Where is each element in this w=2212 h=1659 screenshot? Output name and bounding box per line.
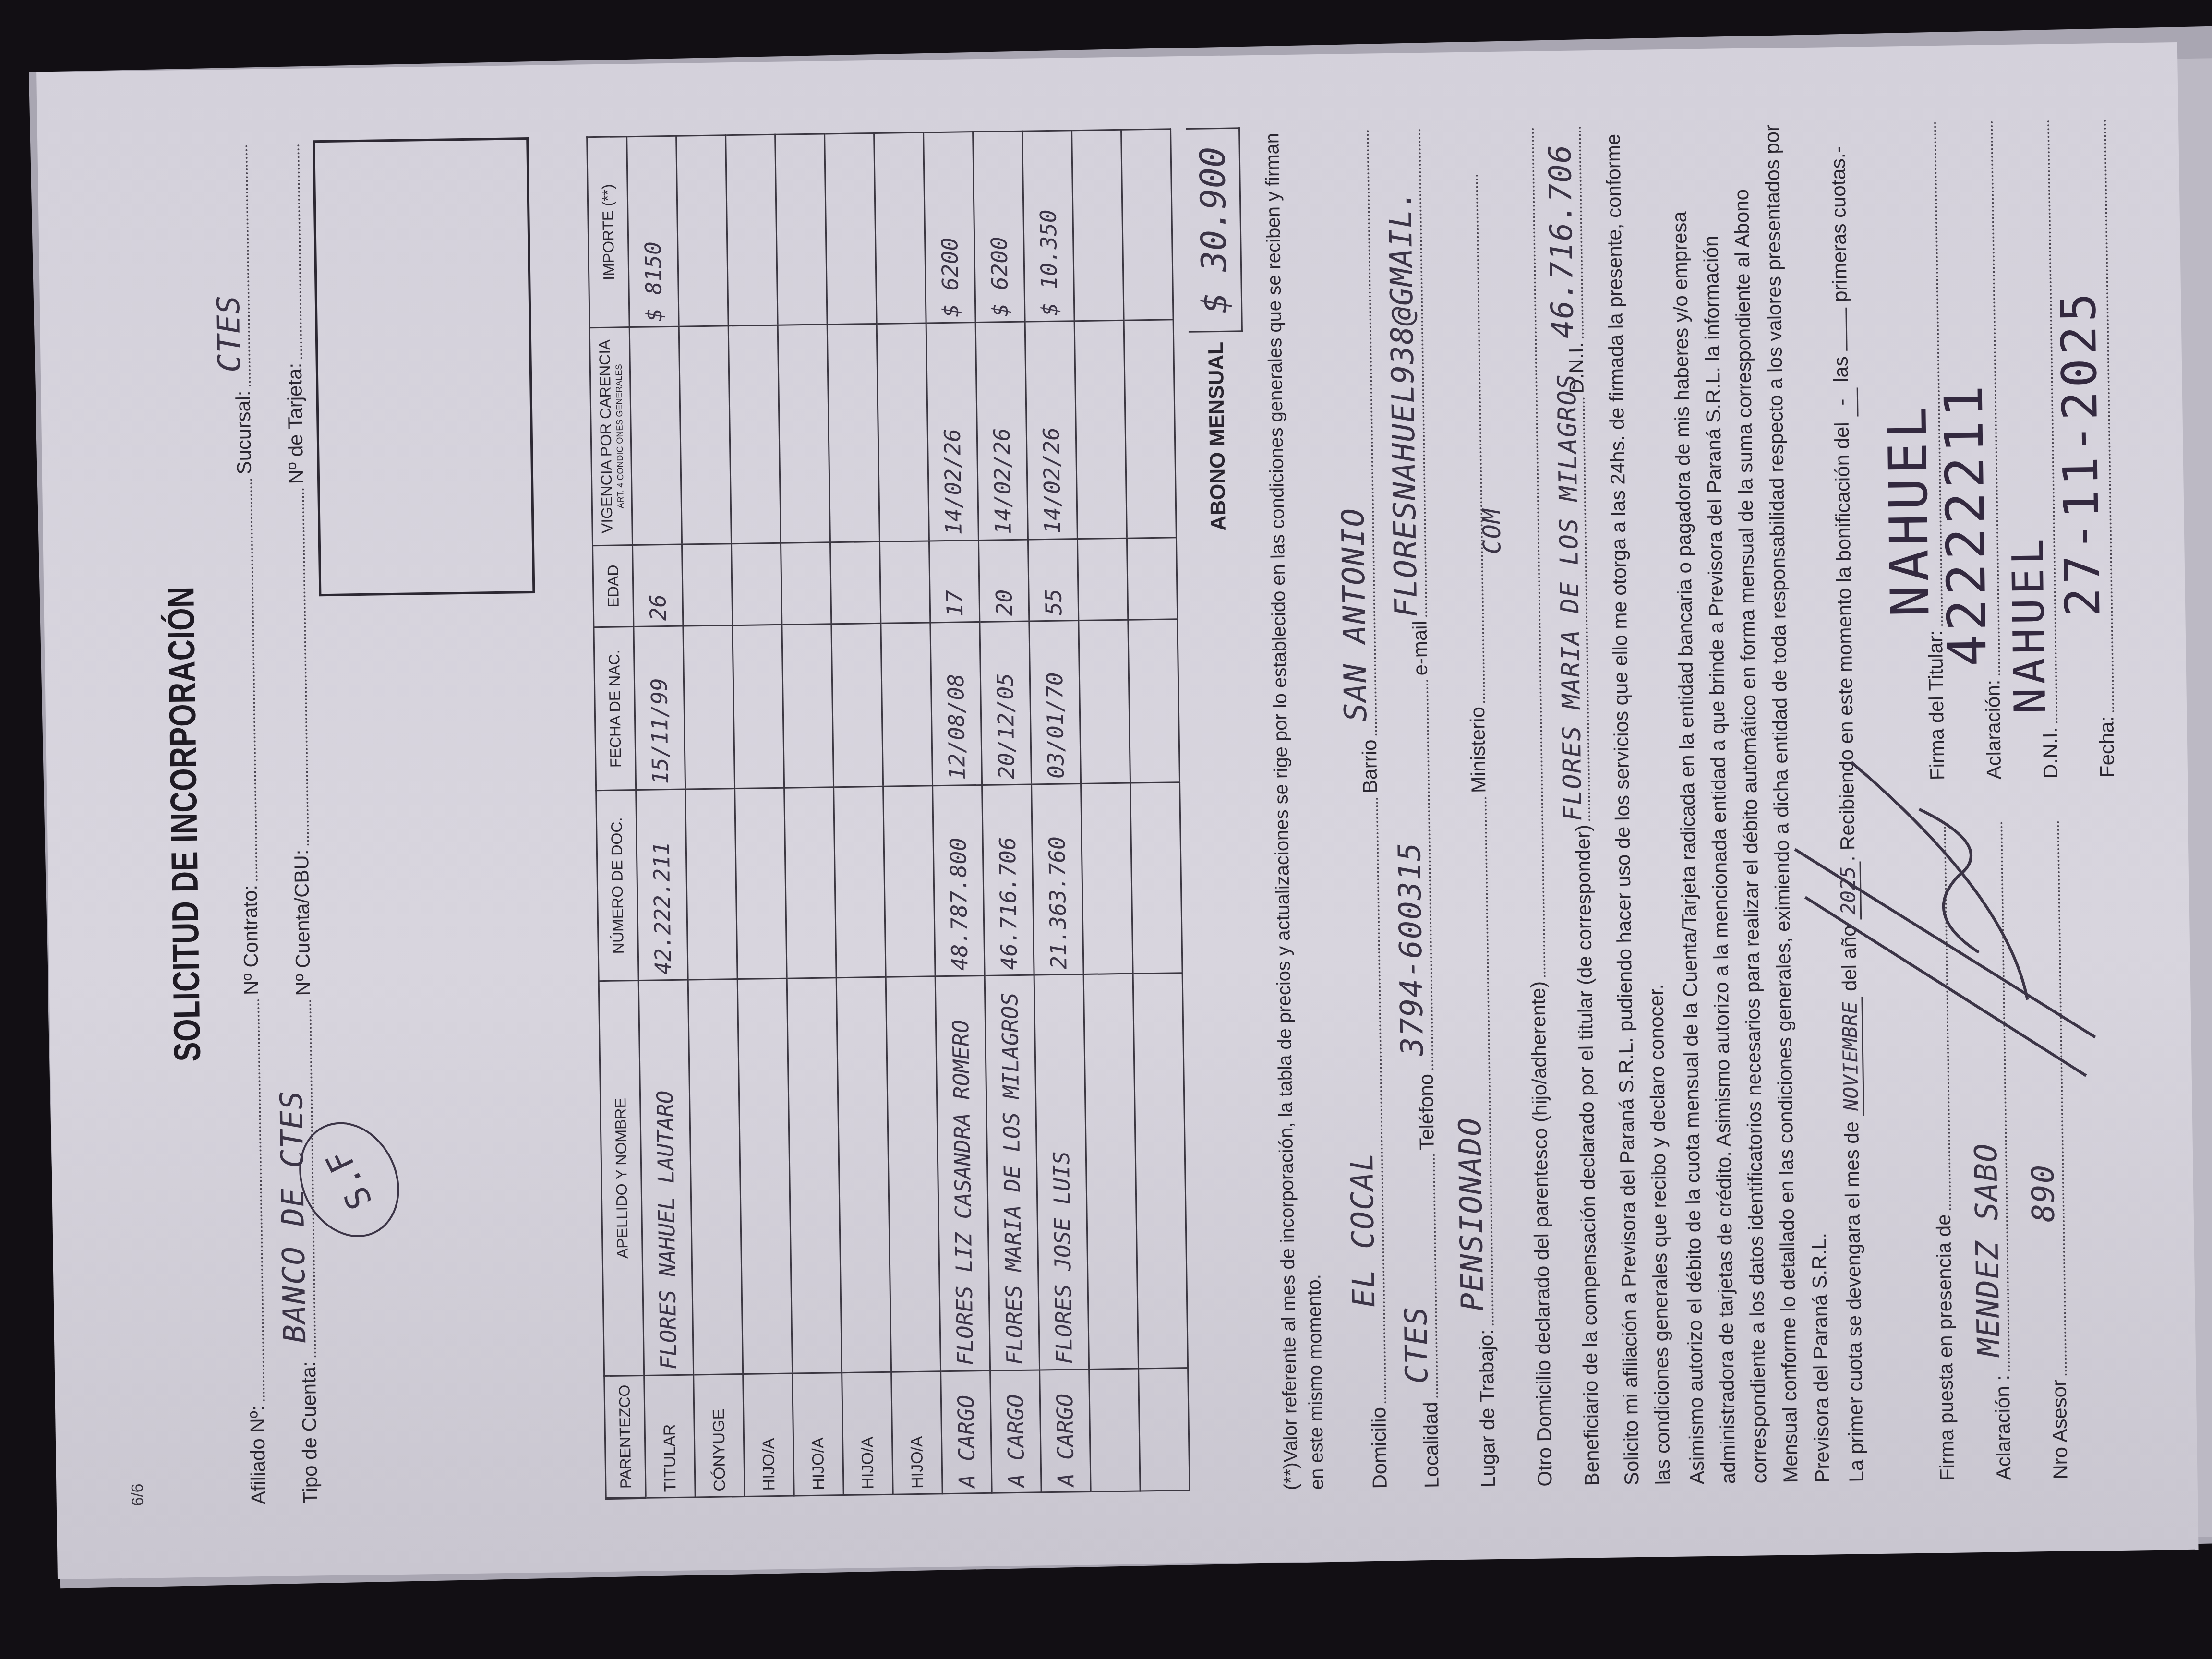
aclaracion-asesor-field[interactable]: MENDEZ SABO xyxy=(1996,821,2010,1371)
vigencia-cell[interactable] xyxy=(629,326,682,545)
edad-cell[interactable]: 20 xyxy=(978,540,1029,622)
fecha-nac-cell[interactable] xyxy=(683,625,735,790)
importe-cell[interactable] xyxy=(775,134,828,325)
importe-cell[interactable]: $ 6200 xyxy=(973,131,1025,322)
nombre-cell[interactable] xyxy=(1083,974,1138,1369)
aclaracion-titular-row: Aclaración: 42222211 xyxy=(1973,117,2006,780)
paragraph-debito: Asimismo autorizo el débito de la cuota … xyxy=(1662,119,1838,1484)
parentesco-cell: HIJO/A xyxy=(891,1371,943,1495)
aclaracion-asesor-row: Aclaración : MENDEZ SABO xyxy=(1983,817,2015,1480)
abono-mensual: ABONO MENSUAL $ 30.900 xyxy=(1186,127,1259,1491)
form-sheet-rotated: 6/6 SOLICITUD DE INCORPORACIÓN Afiliado … xyxy=(36,42,2198,1579)
domicilio-value: EL COCAL xyxy=(1345,1152,1382,1308)
importe-cell[interactable] xyxy=(1121,129,1174,320)
col-importe: IMPORTE (**) xyxy=(587,137,630,328)
parentesco-cell xyxy=(1089,1369,1141,1492)
parentesco-cell: TITULAR xyxy=(644,1375,696,1498)
edad-cell[interactable] xyxy=(1077,538,1128,621)
domicilio-label: Domicilio xyxy=(1367,1407,1391,1489)
edad-cell[interactable]: 55 xyxy=(1028,539,1078,621)
vigencia-cell[interactable] xyxy=(679,326,731,544)
nro-asesor-label: Nro Asesor xyxy=(2047,1380,2072,1479)
afiliado-contrato-sucursal-row: Afiliado Nº: Nº Contrato: Sucursal: CTES xyxy=(228,141,270,1504)
nombre-cell[interactable] xyxy=(1133,973,1188,1369)
barrio-value: SAN ANTONIO xyxy=(1335,507,1374,722)
fecha-field[interactable]: 27-11-2025 xyxy=(2099,119,2114,712)
edad-cell[interactable] xyxy=(1127,538,1177,620)
col-vigencia: VIGENCIA POR CARENCIAART. 4 CONDICIONES … xyxy=(589,327,632,546)
lugar-trabajo-label: Lugar de Trabajo: xyxy=(1475,1329,1500,1488)
doc-cell[interactable] xyxy=(1130,782,1183,974)
vigencia-cell[interactable] xyxy=(778,325,830,543)
beneficiario-dni-value: 46.716.706 xyxy=(1543,144,1581,338)
localidad-field[interactable]: CTES xyxy=(1428,1154,1438,1398)
fecha-row: Fecha: 27-11-2025 xyxy=(2087,115,2119,778)
aclaracion-asesor-value: MENDEZ SABO xyxy=(1968,1142,2007,1357)
importe-cell[interactable]: $ 6200 xyxy=(924,132,976,323)
importe-cell[interactable] xyxy=(825,133,877,324)
nro-asesor-field[interactable]: 890 xyxy=(2052,821,2067,1376)
localidad-label: Localidad xyxy=(1419,1402,1443,1488)
doc-cell[interactable]: 46.716.706 xyxy=(982,784,1034,975)
aclaracion-titular-value: 42222211 xyxy=(1933,381,1998,667)
col-edad: EDAD xyxy=(593,545,634,627)
fecha-label: Fecha: xyxy=(2095,716,2119,778)
nombre-cell[interactable]: FLORES MARIA DE LOS MILAGROS xyxy=(985,975,1039,1370)
edad-cell[interactable] xyxy=(732,543,782,625)
email-extra: COM xyxy=(1478,508,1506,554)
afiliado-label: Afiliado Nº: xyxy=(246,1405,270,1504)
primer-cuota-anio[interactable]: 2025 xyxy=(1836,861,1862,920)
parentesco-cell: CÓNYUGE xyxy=(694,1374,745,1497)
fecha-nac-cell[interactable] xyxy=(881,623,933,787)
parentesco-cell: HIJO/A xyxy=(793,1372,844,1496)
cuenta-cbu-field[interactable] xyxy=(297,488,309,845)
beneficiario-label: Beneficiario de la compensación declarad… xyxy=(1571,825,1603,1486)
members-table: PARENTEZCO APELLIDO Y NOMBRE NÚMERO DE D… xyxy=(586,128,1190,1500)
cuotas-field[interactable] xyxy=(1845,307,1847,350)
parentesco-cell: A CARGO xyxy=(990,1370,1042,1493)
fecha-nac-cell[interactable] xyxy=(733,625,784,789)
fecha-nac-cell[interactable]: 03/01/70 xyxy=(1029,621,1081,785)
otro-domicilio-label: Otro Domicilio declarado del parentesco … xyxy=(1527,981,1557,1487)
doc-cell[interactable] xyxy=(834,787,886,978)
page-number: 6/6 xyxy=(128,1483,147,1506)
firma-presencia-field[interactable] xyxy=(1939,822,1951,1210)
nombre-cell[interactable] xyxy=(688,979,743,1375)
importe-cell[interactable] xyxy=(726,134,778,325)
afiliado-field[interactable] xyxy=(252,999,265,1402)
firma-presencia-row: Firma puesta en presencia de xyxy=(1926,818,1959,1481)
vigencia-cell[interactable] xyxy=(877,323,929,541)
col-fecha-nac: FECHA DE NAC. xyxy=(594,627,636,791)
vigencia-cell[interactable]: 14/02/26 xyxy=(1025,321,1077,540)
localidad-value: CTES xyxy=(1398,1306,1435,1384)
lugar-trabajo-row: Lugar de Trabajo: PENSIONADO Ministerio … xyxy=(1453,124,1500,1488)
importe-cell[interactable] xyxy=(874,132,926,324)
edad-cell[interactable] xyxy=(781,542,831,625)
beneficiario-field[interactable]: FLORES MARIA DE LOS MILAGROS xyxy=(1578,397,1590,821)
dni-titular-value: NAHUEL xyxy=(2003,534,2056,714)
ministerio-label: Ministerio xyxy=(1466,707,1491,793)
bonificacion-field[interactable]: - xyxy=(1825,387,1858,417)
edad-cell[interactable] xyxy=(830,541,880,624)
telefono-label: Teléfono xyxy=(1415,1074,1439,1150)
doc-cell[interactable] xyxy=(685,789,738,980)
fecha-nac-cell[interactable]: 15/11/99 xyxy=(634,626,685,790)
nombre-cell[interactable]: FLORES LIZ CASANDRA ROMERO xyxy=(935,976,990,1371)
vigencia-cell[interactable] xyxy=(827,324,879,542)
nombre-cell[interactable]: FLORES NAHUEL LAUTARO xyxy=(638,980,693,1375)
edad-cell[interactable] xyxy=(879,541,930,624)
doc-cell[interactable]: 42.222.211 xyxy=(636,789,688,980)
vigencia-cell[interactable] xyxy=(1074,320,1127,539)
importe-cell[interactable] xyxy=(676,135,729,326)
doc-cell[interactable] xyxy=(784,787,837,978)
doc-cell[interactable] xyxy=(1081,783,1133,974)
barrio-label: Barrio xyxy=(1358,739,1382,793)
aclaracion-titular-field[interactable]: 42222211 xyxy=(1986,120,2000,675)
sucursal-label: Sucursal: xyxy=(231,390,255,475)
edad-cell[interactable]: 26 xyxy=(633,544,683,627)
fecha-nac-cell[interactable] xyxy=(831,623,883,787)
signature-area: Firma puesta en presencia de Aclaración … xyxy=(1883,115,2129,1481)
contrato-label: Nº Contrato: xyxy=(239,885,263,996)
primer-cuota-mes[interactable]: NOVIEMBRE xyxy=(1838,997,1864,1116)
members-body: TITULARFLORES NAHUEL LAUTARO42.222.21115… xyxy=(627,129,1190,1498)
beneficiario-dni-field[interactable]: 46.716.706 xyxy=(1574,126,1584,338)
vigencia-cell[interactable]: 14/02/26 xyxy=(975,322,1028,540)
lugar-trabajo-value: PENSIONADO xyxy=(1453,1117,1491,1311)
parentesco-cell: HIJO/A xyxy=(842,1372,893,1495)
sucursal-value: CTES xyxy=(211,294,248,373)
doc-cell[interactable]: 48.787.800 xyxy=(933,785,985,976)
importe-cell[interactable] xyxy=(1072,130,1124,321)
contrato-field[interactable] xyxy=(245,478,258,881)
abono-label: ABONO MENSUAL xyxy=(1204,342,1230,531)
cuenta-cbu-label: Nº Cuenta/CBU: xyxy=(290,849,315,996)
beneficiario-row: Beneficiario de la compensación declarad… xyxy=(1562,122,1604,1486)
doc-cell[interactable] xyxy=(735,788,787,979)
localidad-row: Localidad CTES Teléfono 3794-600315 e-ma… xyxy=(1401,125,1443,1488)
tarjeta-box-wrap xyxy=(303,137,548,1503)
aclaracion-titular-label: Aclaración: xyxy=(1981,679,2006,779)
doc-cell[interactable] xyxy=(883,786,936,977)
email-value: FLORESNAHUEL938@GMAIL. xyxy=(1383,189,1424,617)
ministerio-field[interactable] xyxy=(1471,174,1485,703)
fecha-nac-cell[interactable]: 12/08/08 xyxy=(930,622,982,786)
edad-cell[interactable]: 17 xyxy=(929,540,979,623)
titular-signature-col: Firma del Titular: NAHUEL Aclaración: 42… xyxy=(1883,115,2119,781)
lugar-trabajo-field[interactable]: PENSIONADO xyxy=(1480,797,1494,1325)
vigencia-cell[interactable] xyxy=(1124,320,1176,538)
telefono-field[interactable]: 3794-600315 xyxy=(1421,679,1433,1070)
nombre-cell[interactable] xyxy=(836,977,891,1373)
asesor-signature-col: Firma puesta en presencia de Aclaración … xyxy=(1893,816,2128,1481)
barrio-field[interactable]: SAN ANTONIO xyxy=(1362,130,1377,736)
parentesco-cell xyxy=(1139,1368,1190,1491)
beneficiario-value: FLORES MARIA DE LOS MILAGROS xyxy=(1552,373,1587,821)
email-field[interactable]: FLORESNAHUEL938@GMAIL. xyxy=(1414,129,1427,617)
otro-domicilio-field[interactable] xyxy=(1527,127,1546,977)
parentesco-cell: A CARGO xyxy=(941,1370,992,1494)
form-sheet: 6/6 SOLICITUD DE INCORPORACIÓN Afiliado … xyxy=(36,42,2198,1579)
fecha-nac-cell[interactable] xyxy=(1079,620,1130,784)
abono-value[interactable]: $ 30.900 xyxy=(1186,127,1243,333)
nombre-cell[interactable]: FLORES JOSE LUIS xyxy=(1034,974,1089,1370)
nro-asesor-row: Nro Asesor 890 xyxy=(2040,817,2072,1480)
tipo-cuenta-value: BANCO DE CTES xyxy=(274,1090,313,1343)
dni-titular-label: D.N.I. xyxy=(2038,727,2062,779)
fecha-nac-cell[interactable]: 20/12/05 xyxy=(980,621,1032,785)
col-numero-doc: NÚMERO DE DOC. xyxy=(596,790,639,981)
col-parentezco: PARENTEZCO xyxy=(604,1375,646,1498)
sucursal-field[interactable]: CTES xyxy=(240,145,251,386)
price-note: (**)Valor referente al mes de incorporac… xyxy=(1259,126,1330,1490)
doc-cell[interactable]: 21.363.760 xyxy=(1032,784,1084,975)
aclaracion-asesor-label: Aclaración : xyxy=(1991,1375,2015,1480)
parentesco-cell: A CARGO xyxy=(1040,1369,1091,1492)
nombre-cell[interactable] xyxy=(737,978,792,1374)
card-photo-box xyxy=(313,137,535,596)
firma-presencia-label: Firma puesta en presencia de xyxy=(1932,1214,1959,1481)
telefono-value: 3794-600315 xyxy=(1392,842,1431,1056)
importe-cell[interactable]: $ 8150 xyxy=(627,136,679,327)
domicilio-field[interactable]: EL COCAL xyxy=(1371,797,1387,1403)
nro-asesor-value: 890 xyxy=(2025,1164,2062,1223)
firma-titular-value: NAHUEL xyxy=(1876,403,1941,617)
tipo-cuenta-label: Tipo de Cuenta: xyxy=(297,1361,322,1504)
fecha-nac-cell[interactable] xyxy=(782,624,834,788)
parentesco-cell: HIJO/A xyxy=(743,1373,794,1497)
vigencia-cell[interactable]: 14/02/26 xyxy=(926,323,978,541)
fecha-nac-cell[interactable] xyxy=(1128,619,1180,783)
form-title: SOLICITUD DE INCORPORACIÓN xyxy=(155,292,214,1356)
edad-cell[interactable] xyxy=(682,544,733,626)
col-apellido-nombre: APELLIDO Y NOMBRE xyxy=(599,981,644,1376)
email-label: e-mail xyxy=(1408,621,1432,676)
nombre-cell[interactable] xyxy=(787,978,842,1373)
importe-cell[interactable]: $ 10.350 xyxy=(1022,131,1075,322)
tarjeta-label: Nº de Tarjeta: xyxy=(283,363,308,484)
tarjeta-field[interactable] xyxy=(292,144,302,359)
vigencia-cell[interactable] xyxy=(728,325,781,543)
fecha-value: 27-11-2025 xyxy=(2050,289,2111,617)
nombre-cell[interactable] xyxy=(886,976,940,1372)
